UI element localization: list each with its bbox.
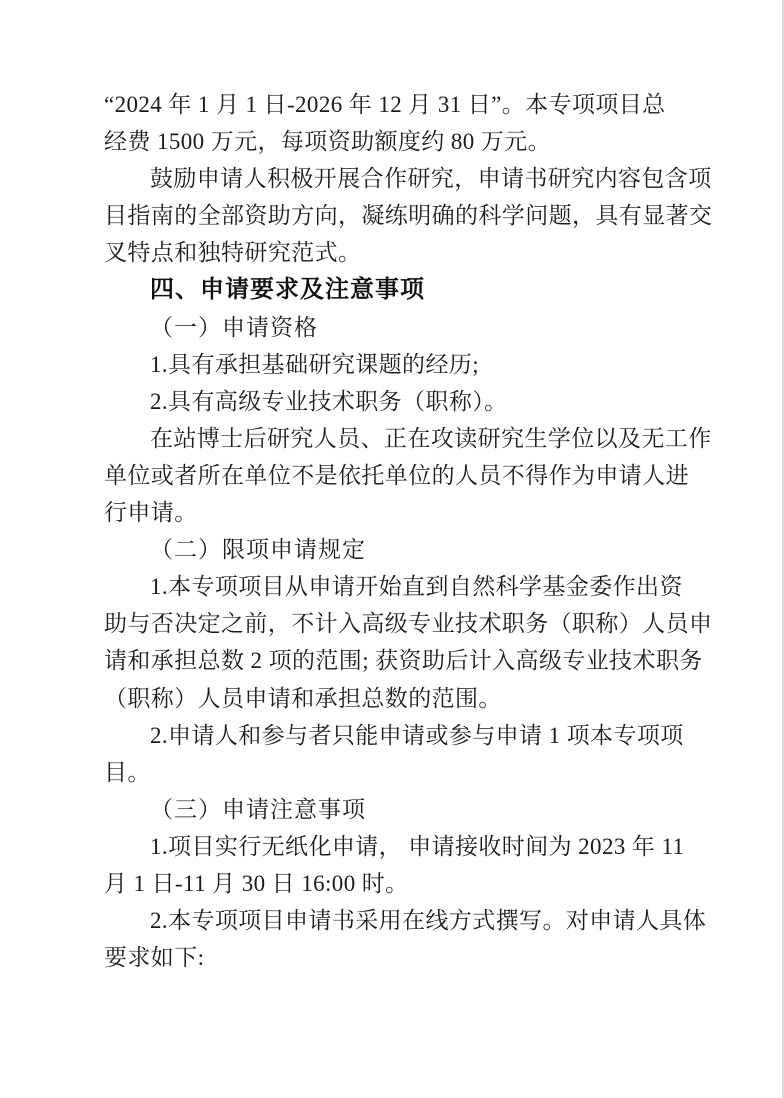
text-line: 目。 (104, 754, 696, 791)
text-line: 经费 1500 万元，每项资助额度约 80 万元。 (104, 123, 696, 160)
section-heading: 四、申请要求及注意事项 (104, 271, 696, 308)
text-line: 请和承担总数 2 项的范围; 获资助后计入高级专业技术职务 (104, 642, 696, 679)
subsection-heading: （三）申请注意事项 (104, 791, 696, 828)
text-line: 单位或者所在单位不是依托单位的人员不得作为申请人进 (104, 457, 696, 494)
text-line: 在站博士后研究人员、正在攻读研究生学位以及无工作 (104, 420, 696, 457)
text-line: 1.项目实行无纸化申请， 申请接收时间为 2023 年 11 (104, 828, 696, 865)
text-line: 2.申请人和参与者只能申请或参与申请 1 项本专项项 (104, 717, 696, 754)
text-line: 2.具有高级专业技术职务（职称）。 (104, 383, 696, 420)
text-line: 要求如下: (104, 939, 696, 976)
text-line: （职称）人员申请和承担总数的范围。 (104, 680, 696, 717)
text-line: 助与否决定之前，不计入高级专业技术职务（职称）人员申 (104, 605, 696, 642)
subsection-heading: （一）申请资格 (104, 309, 696, 346)
subsection-heading: （二）限项申请规定 (104, 531, 696, 568)
document-page: “2024 年 1 月 1 日-2026 年 12 月 31 日”。本专项项目总… (0, 0, 784, 1098)
document-body: “2024 年 1 月 1 日-2026 年 12 月 31 日”。本专项项目总… (104, 86, 696, 976)
text-line: 目指南的全部资助方向，凝练明确的科学问题，具有显著交 (104, 197, 696, 234)
text-line: 行申请。 (104, 494, 696, 531)
text-line: 月 1 日-11 月 30 日 16:00 时。 (104, 865, 696, 902)
text-line: 鼓励申请人积极开展合作研究，申请书研究内容包含项 (104, 160, 696, 197)
text-line: 1.本专项项目从申请开始直到自然科学基金委作出资 (104, 568, 696, 605)
text-line: 2.本专项项目申请书采用在线方式撰写。对申请人具体 (104, 902, 696, 939)
text-line: 1.具有承担基础研究课题的经历; (104, 346, 696, 383)
text-line: 叉特点和独特研究范式。 (104, 234, 696, 271)
text-line: “2024 年 1 月 1 日-2026 年 12 月 31 日”。本专项项目总 (104, 86, 696, 123)
